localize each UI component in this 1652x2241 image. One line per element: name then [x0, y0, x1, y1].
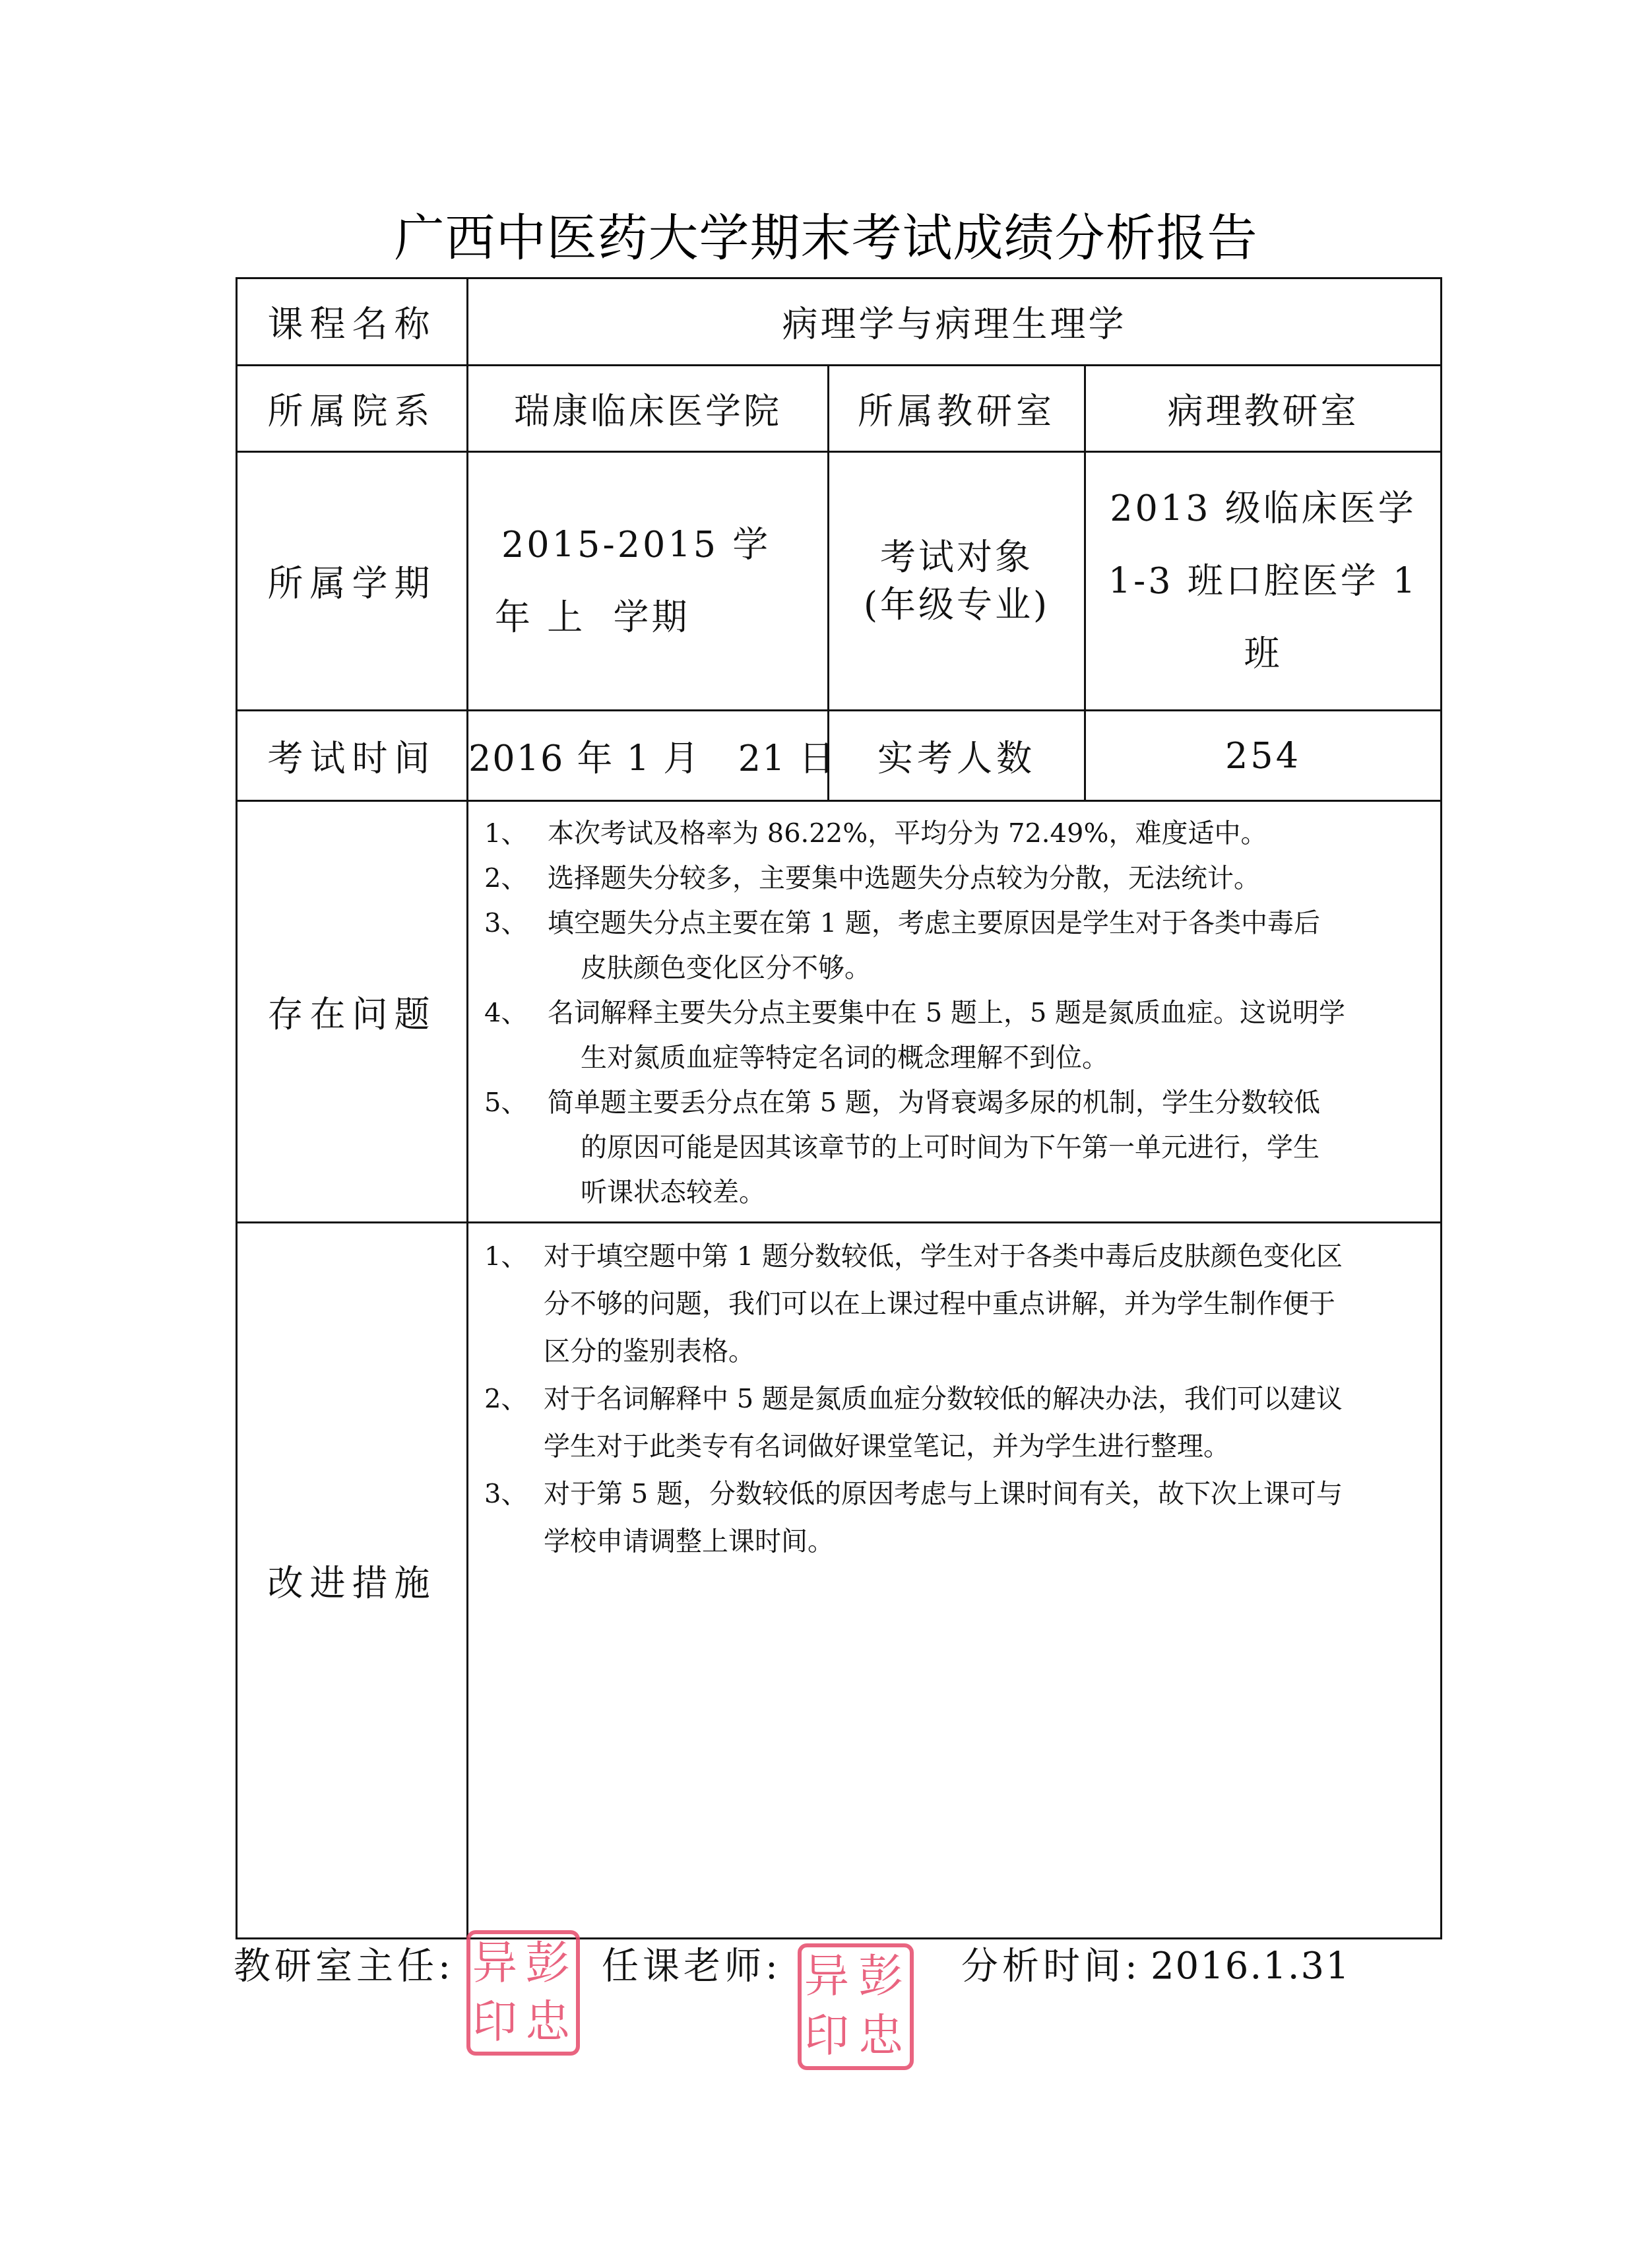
- problem-text: 填空题失分点主要在第 1 题，考虑主要原因是学生对于各类中毒后 皮肤颜色变化区分…: [548, 901, 1434, 991]
- measure-number: 3、: [484, 1470, 544, 1565]
- director-label: 教研室主任:: [234, 1937, 455, 1990]
- teacher-label: 任课老师:: [602, 1937, 782, 1990]
- exam-time-value: 2016 年 1 月 21 日: [468, 711, 829, 801]
- row-problems: 存在问题 1、 本次考试及格率为 86.22%，平均分为 72.49%，难度适中…: [237, 801, 1442, 1223]
- measure-text: 对于名词解释中 5 题是氮质血症分数较低的解决办法，我们可以建议 学生对于此类专…: [544, 1375, 1434, 1470]
- analysis-time: 分析时间:2016.1.31: [961, 1937, 1350, 1990]
- course-name-label: 课程名称: [237, 278, 468, 366]
- seal-char: 异: [802, 1955, 856, 1999]
- director-seal: 异 印 彭 忠: [466, 1930, 580, 2056]
- measure-line: 对于名词解释中 5 题是氮质血症分数较低的解决办法，我们可以建议: [544, 1375, 1434, 1423]
- row-measures: 改进措施 1、 对于填空题中第 1 题分数较低，学生对于各类中毒后皮肤颜色变化区…: [237, 1223, 1442, 1939]
- problem-text: 简单题主要丢分点在第 5 题，为肾衰竭多尿的机制，学生分数较低 的原因可能是因其…: [548, 1080, 1434, 1215]
- measure-item: 3、 对于第 5 题，分数较低的原因考虑与上课时间有关，故下次上课可与 学校申请…: [484, 1470, 1434, 1565]
- problem-number: 2、: [484, 856, 548, 901]
- problem-item: 2、 选择题失分较多，主要集中选题失分点较为分散，无法统计。: [484, 856, 1434, 901]
- analysis-time-label: 分析时间:: [961, 1945, 1141, 1988]
- measure-line: 对于第 5 题，分数较低的原因考虑与上课时间有关，故下次上课可与: [544, 1470, 1434, 1518]
- measure-line: 学生对于此类专有名词做好课堂笔记，并为学生进行整理。: [544, 1423, 1434, 1470]
- problem-item: 4、 名词解释主要失分点主要集中在 5 题上，5 题是氮质血症。这说明学 生对氮…: [484, 991, 1434, 1080]
- semester-label: 所属学期: [237, 452, 468, 711]
- target-line-3: 班: [1086, 618, 1440, 690]
- semester-line-2: 年 上 学期: [495, 581, 827, 654]
- problem-text: 选择题失分较多，主要集中选题失分点较为分散，无法统计。: [548, 856, 1434, 901]
- problems-label: 存在问题: [237, 801, 468, 1223]
- count-value: 254: [1085, 711, 1442, 801]
- count-label: 实考人数: [829, 711, 1085, 801]
- seal-char: 忠: [856, 2014, 910, 2059]
- problem-item: 1、 本次考试及格率为 86.22%，平均分为 72.49%，难度适中。: [484, 811, 1434, 856]
- exam-time-label: 考试时间: [237, 711, 468, 801]
- problem-number: 3、: [484, 901, 548, 991]
- problems-list: 1、 本次考试及格率为 86.22%，平均分为 72.49%，难度适中。 2、 …: [468, 801, 1442, 1223]
- seal-char: 忠: [523, 2000, 576, 2045]
- report-table: 课程名称 病理学与病理生理学 所属院系 瑞康临床医学院 所属教研室 病理教研室 …: [236, 277, 1442, 1939]
- teacher-seal: 异 印 彭 忠: [798, 1943, 914, 2070]
- problem-line: 名词解释主要失分点主要集中在 5 题上，5 题是氮质血症。这说明学: [548, 991, 1434, 1035]
- measures-label: 改进措施: [237, 1223, 468, 1939]
- measure-number: 1、: [484, 1233, 544, 1375]
- problem-line: 本次考试及格率为 86.22%，平均分为 72.49%，难度适中。: [548, 811, 1434, 856]
- measure-line: 区分的鉴别表格。: [544, 1328, 1434, 1375]
- problem-line: 选择题失分较多，主要集中选题失分点较为分散，无法统计。: [548, 856, 1434, 901]
- problem-text: 本次考试及格率为 86.22%，平均分为 72.49%，难度适中。: [548, 811, 1434, 856]
- row-course-name: 课程名称 病理学与病理生理学: [237, 278, 1442, 366]
- problem-line: 生对氮质血症等特定名词的概念理解不到位。: [548, 1035, 1434, 1080]
- course-name-value: 病理学与病理生理学: [468, 278, 1442, 366]
- problem-item: 5、 简单题主要丢分点在第 5 题，为肾衰竭多尿的机制，学生分数较低 的原因可能…: [484, 1080, 1434, 1215]
- problem-number: 1、: [484, 811, 548, 856]
- analysis-time-value: 2016.1.31: [1151, 1945, 1350, 1988]
- seal-char: 彭: [523, 1941, 576, 1986]
- target-label-line-1: 考试对象: [829, 534, 1084, 581]
- seal-char: 印: [802, 2014, 856, 2059]
- target-label-line-2: (年级专业): [829, 581, 1084, 629]
- signature-footer: 教研室主任: 异 印 彭 忠 任课老师: 异 印 彭 忠 分析时间:2016.1…: [236, 1930, 1440, 2102]
- measure-item: 2、 对于名词解释中 5 题是氮质血症分数较低的解决办法，我们可以建议 学生对于…: [484, 1375, 1434, 1470]
- target-value: 2013 级临床医学 1-3 班口腔医学 1 班: [1085, 452, 1442, 711]
- problem-line: 填空题失分点主要在第 1 题，考虑主要原因是学生对于各类中毒后: [548, 901, 1434, 946]
- seal-char: 印: [470, 2000, 523, 2045]
- measures-list: 1、 对于填空题中第 1 题分数较低，学生对于各类中毒后皮肤颜色变化区 分不够的…: [468, 1223, 1442, 1939]
- semester-value: 2015-2015 学 年 上 学期: [468, 452, 829, 711]
- college-label: 所属院系: [237, 366, 468, 452]
- measure-line: 分不够的问题，我们可以在上课过程中重点讲解，并为学生制作便于: [544, 1280, 1434, 1328]
- target-line-1: 2013 级临床医学: [1086, 472, 1440, 545]
- measure-text: 对于第 5 题，分数较低的原因考虑与上课时间有关，故下次上课可与 学校申请调整上…: [544, 1470, 1434, 1565]
- department-value: 病理教研室: [1085, 366, 1442, 452]
- problem-line: 简单题主要丢分点在第 5 题，为肾衰竭多尿的机制，学生分数较低: [548, 1080, 1434, 1125]
- measure-line: 学校申请调整上课时间。: [544, 1518, 1434, 1565]
- college-value: 瑞康临床医学院: [468, 366, 829, 452]
- department-label: 所属教研室: [829, 366, 1085, 452]
- problem-line: 的原因可能是因其该章节的上可时间为下午第一单元进行，学生: [548, 1125, 1434, 1170]
- target-label: 考试对象 (年级专业): [829, 452, 1085, 711]
- measure-line: 对于填空题中第 1 题分数较低，学生对于各类中毒后皮肤颜色变化区: [544, 1233, 1434, 1280]
- row-college: 所属院系 瑞康临床医学院 所属教研室 病理教研室: [237, 366, 1442, 452]
- problem-line: 听课状态较差。: [548, 1170, 1434, 1215]
- target-line-2: 1-3 班口腔医学 1: [1086, 545, 1440, 618]
- measure-text: 对于填空题中第 1 题分数较低，学生对于各类中毒后皮肤颜色变化区 分不够的问题，…: [544, 1233, 1434, 1375]
- problem-text: 名词解释主要失分点主要集中在 5 题上，5 题是氮质血症。这说明学 生对氮质血症…: [548, 991, 1434, 1080]
- problem-number: 4、: [484, 991, 548, 1080]
- measure-number: 2、: [484, 1375, 544, 1470]
- semester-line-1: 2015-2015 学: [495, 509, 827, 581]
- problem-line: 皮肤颜色变化区分不够。: [548, 946, 1434, 991]
- problem-item: 3、 填空题失分点主要在第 1 题，考虑主要原因是学生对于各类中毒后 皮肤颜色变…: [484, 901, 1434, 991]
- measure-item: 1、 对于填空题中第 1 题分数较低，学生对于各类中毒后皮肤颜色变化区 分不够的…: [484, 1233, 1434, 1375]
- problem-number: 5、: [484, 1080, 548, 1215]
- seal-char: 彭: [856, 1955, 910, 1999]
- page-title: 广西中医药大学期末考试成绩分析报告: [0, 198, 1652, 270]
- row-exam-time: 考试时间 2016 年 1 月 21 日 实考人数 254: [237, 711, 1442, 801]
- row-semester: 所属学期 2015-2015 学 年 上 学期 考试对象 (年级专业) 2013…: [237, 452, 1442, 711]
- seal-char: 异: [470, 1941, 523, 1986]
